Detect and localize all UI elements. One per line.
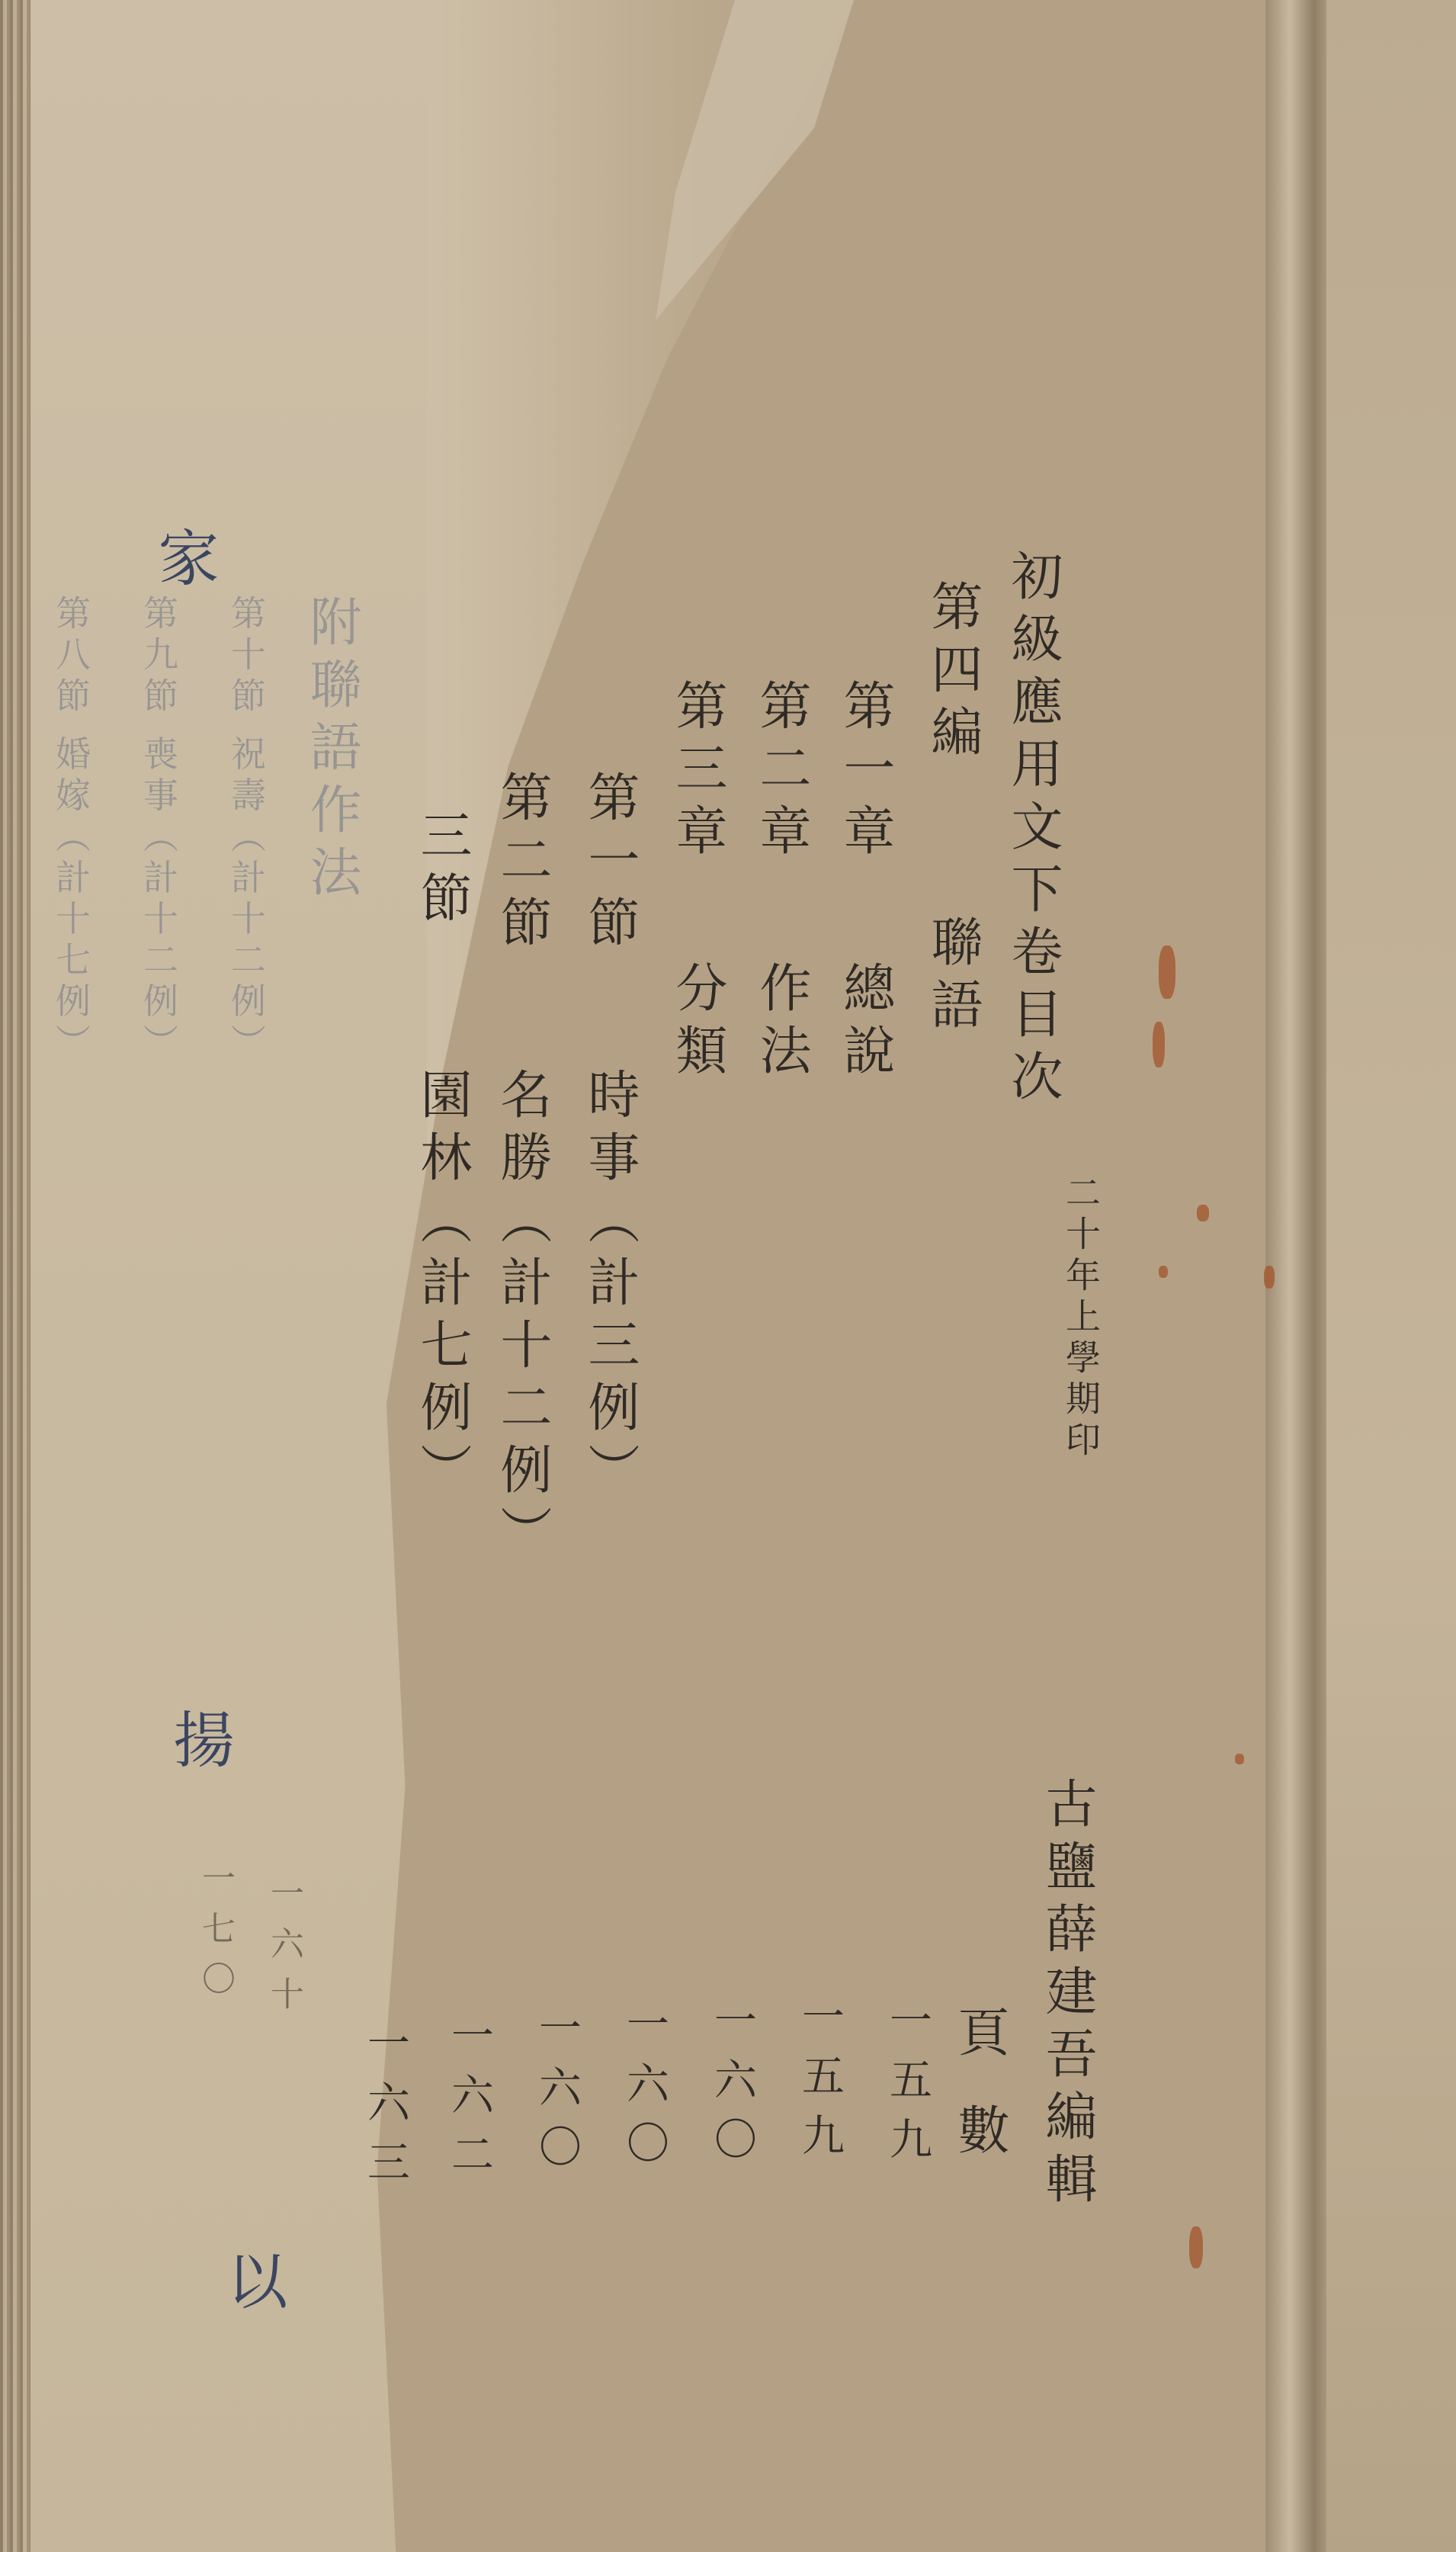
faded-column: 第十節 祝壽（計十二例） [229,595,264,1065]
section-3-name: 園林（計七例） [415,1067,467,1505]
toc-title: 初級應用文下卷目次 [1006,549,1058,1112]
page-number: 一五九 [877,1998,938,2176]
print-note: 二十年上學期印 [1063,1174,1098,1462]
rust-stain [1159,1266,1168,1278]
marginal-mark: 以 [221,2249,282,2321]
rust-stain [1189,2226,1203,2268]
faded-page-number: 一七〇 [191,1860,239,2011]
chapter-2-label: 第二章 [755,679,807,866]
section-3-label: 三節 [415,808,467,933]
section-1-label: 第一節 [583,770,635,958]
page-header: 頁數 [953,2005,1005,2200]
editor-credit: 古鹽薛建吾編輯 [1041,1777,1092,2214]
section-1-name: 時事（計三例） [583,1067,635,1505]
faded-column: 附聯語作法 [305,595,357,907]
right-page-edge [1326,0,1456,2552]
faded-page-number: 一六十 [259,1876,308,2027]
chapter-2-name: 作法 [755,961,807,1086]
right-folded-edge [1265,0,1326,2552]
rust-stain [1235,1754,1244,1764]
part-name: 聯語 [926,915,978,1040]
section-2-label: 第二節 [495,770,547,958]
chapter-1-label: 第一章 [839,679,890,866]
rust-stain [1197,1205,1209,1221]
marginal-mark: 家 [152,526,213,598]
rust-stain [1159,945,1175,999]
marginal-mark: 揚 [168,1708,229,1780]
part-label: 第四編 [926,579,978,767]
chapter-3-name: 分類 [671,961,723,1086]
page-number: 一六〇 [526,2005,587,2184]
chapter-3-label: 第三章 [671,679,723,866]
faded-column: 第八節 婚嫁（計十七例） [53,595,88,1065]
chapter-1-name: 總說 [839,961,890,1086]
page-number: 一六〇 [701,1998,762,2176]
rust-stain [1264,1266,1275,1289]
page-number: 一五九 [789,1994,850,2172]
rust-stain [1153,1022,1165,1067]
page-number: 一六二 [438,2013,499,2191]
faded-column: 第九節 喪事（計十二例） [141,595,176,1065]
section-2-name: 名勝（計十二例） [495,1067,547,1568]
page-number: 一六〇 [614,2001,675,2180]
page-number: 一六三 [354,2021,415,2199]
